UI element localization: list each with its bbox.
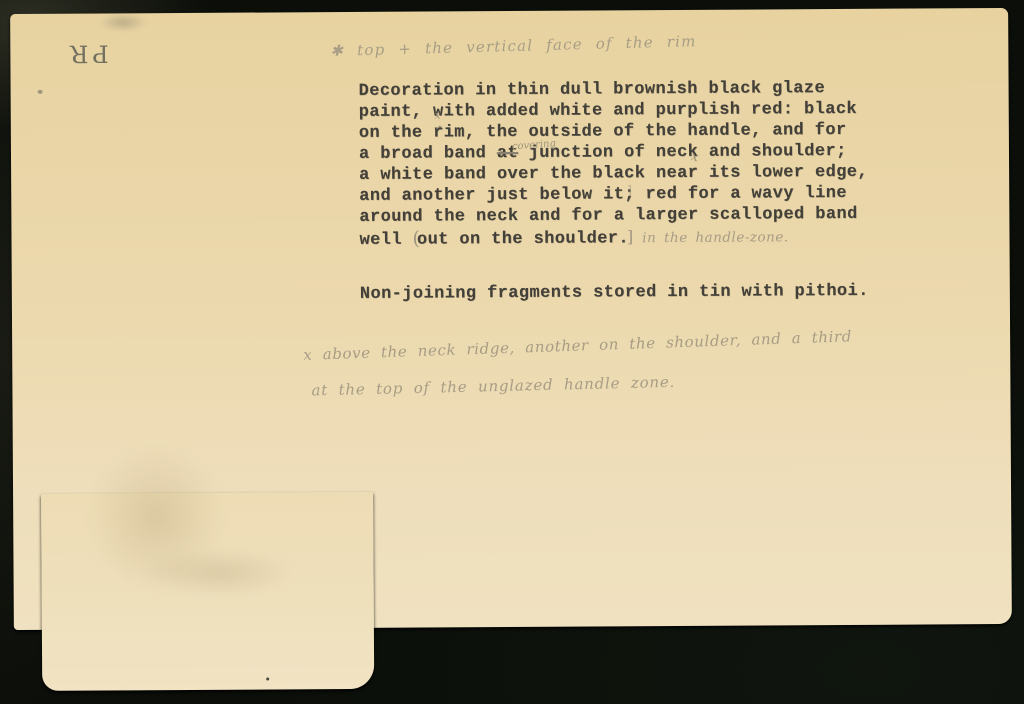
handwritten-annotation-lower-line1: x above the neck ridge, another on the s… (303, 327, 852, 364)
paper-speck (266, 677, 269, 680)
typed-paragraph-decoration: Decoration in thin dull brownish black g… (359, 78, 869, 249)
handwritten-annotation-handle-zone: in the handle-zone. (642, 229, 788, 246)
index-card: PR ✱ top + the vertical face of the rim … (10, 8, 1012, 630)
typed-segment: a broad band (359, 144, 497, 164)
typed-line-with-pencil-brackets: well (out on the shoulder.]in the handle… (359, 225, 868, 249)
typed-segment: well (359, 231, 412, 250)
pencil-insertion-caret: ^ (435, 123, 445, 137)
handwritten-annotation-lower-line2: at the top of the unglazed handle zone. (311, 373, 675, 400)
corner-mark-upside-down: PR (66, 39, 108, 67)
pencil-close-bracket: ] (627, 227, 633, 246)
typed-line: around the neck and for a larger scallop… (359, 204, 868, 228)
typed-line: Non-joining fragments stored in tin with… (360, 281, 869, 305)
handwritten-annotation-top: ✱ top + the vertical face of the rim (330, 32, 697, 60)
pencil-tick-mark: ⌉ (627, 183, 632, 197)
typed-segment: out on the shoulder. (417, 229, 629, 249)
typed-paragraph-fragments: Non-joining fragments stored in tin with… (360, 281, 869, 305)
pencil-footnote-x-mark: x (435, 110, 441, 121)
typed-segment: junction of neck and shoulder; (518, 142, 847, 163)
ink-layer: PR ✱ top + the vertical face of the rim … (10, 8, 1012, 630)
